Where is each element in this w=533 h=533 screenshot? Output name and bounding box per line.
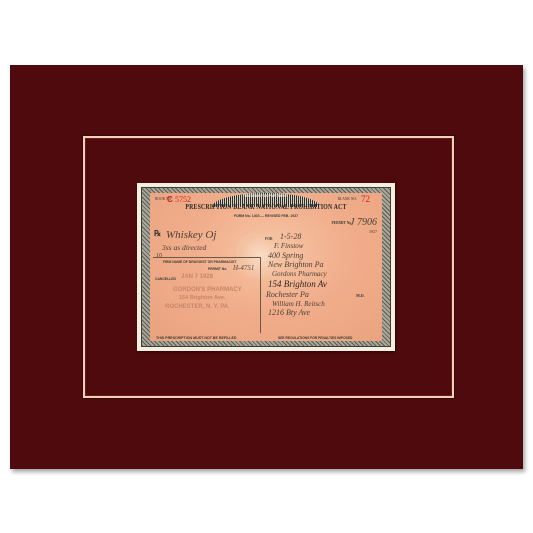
- date-line: 1-5-28: [280, 232, 301, 241]
- cancelled-label: CANCELLED: [155, 277, 176, 281]
- patient-address: 400 Spring: [268, 251, 303, 260]
- pharmacy-line: Gordons Pharmacy: [272, 270, 327, 278]
- form-number: FORM No. 1403 — REVISED FEB. 1927: [150, 214, 382, 218]
- for-label: FOR: [265, 237, 273, 241]
- pharmacy-section: FIRM NAME OF DRUGGIST OR PHARMACIST PERM…: [153, 257, 260, 333]
- druggist-label: FIRM NAME OF DRUGGIST OR PHARMACIST: [163, 260, 236, 264]
- cancelled-date-stamp: JAN 7 1928: [181, 274, 213, 280]
- refill-warning: THIS PRESCRIPTION MUST NOT BE REFILLED: [156, 336, 236, 340]
- pharmacy-permit-value: H-4751: [233, 264, 254, 272]
- md-suffix: M.D.: [356, 293, 365, 298]
- patient-name: F. Finstow: [274, 242, 303, 250]
- permit-label: PERMIT No.: [332, 221, 353, 225]
- prescription-item: Whiskey Oj: [166, 229, 216, 241]
- book-series: C: [167, 195, 173, 204]
- pharmacy-name-stamp: GORDON'S PHARMACY: [173, 287, 242, 293]
- directions: 3ss as directed: [162, 243, 206, 252]
- picture-mat: TREASURY DEPARTMENT PRESCRIPTION BLANK N…: [10, 65, 523, 469]
- physician-signature: William H. Reitsch: [272, 300, 325, 308]
- document-title: PRESCRIPTION BLANK NATIONAL PROHIBITION …: [150, 204, 382, 212]
- pharmacy-address-stamp: 154 Brighton Ave.: [179, 295, 225, 301]
- column-divider: [260, 257, 261, 333]
- penalty-notice: SEE REGULATIONS FOR PENALTIES IMPOSED: [278, 336, 352, 340]
- pharmacy-address-line: 154 Brighton Av: [268, 279, 327, 289]
- pharmacy-permit-label: PERMIT No.: [208, 267, 227, 271]
- patient-city: New Brighton Pa: [268, 260, 324, 269]
- rx-symbol-icon: ℞: [154, 229, 161, 238]
- blank-number: 72: [361, 194, 370, 204]
- pharmacy-city-stamp: ROCHESTER, N. Y. PA.: [165, 304, 230, 310]
- book-number: 5752: [175, 195, 191, 204]
- pharmacy-city-line: Rochester Pa: [266, 290, 309, 299]
- prohibition-prescription-document: TREASURY DEPARTMENT PRESCRIPTION BLANK N…: [137, 183, 395, 351]
- prescription-paper: TREASURY DEPARTMENT PRESCRIPTION BLANK N…: [150, 193, 382, 341]
- permit-value: J 7906: [350, 217, 377, 228]
- physician-address: 1216 Bty Ave: [268, 308, 310, 317]
- blank-label: BLANK NO.: [338, 197, 357, 201]
- year: 1927: [369, 229, 377, 234]
